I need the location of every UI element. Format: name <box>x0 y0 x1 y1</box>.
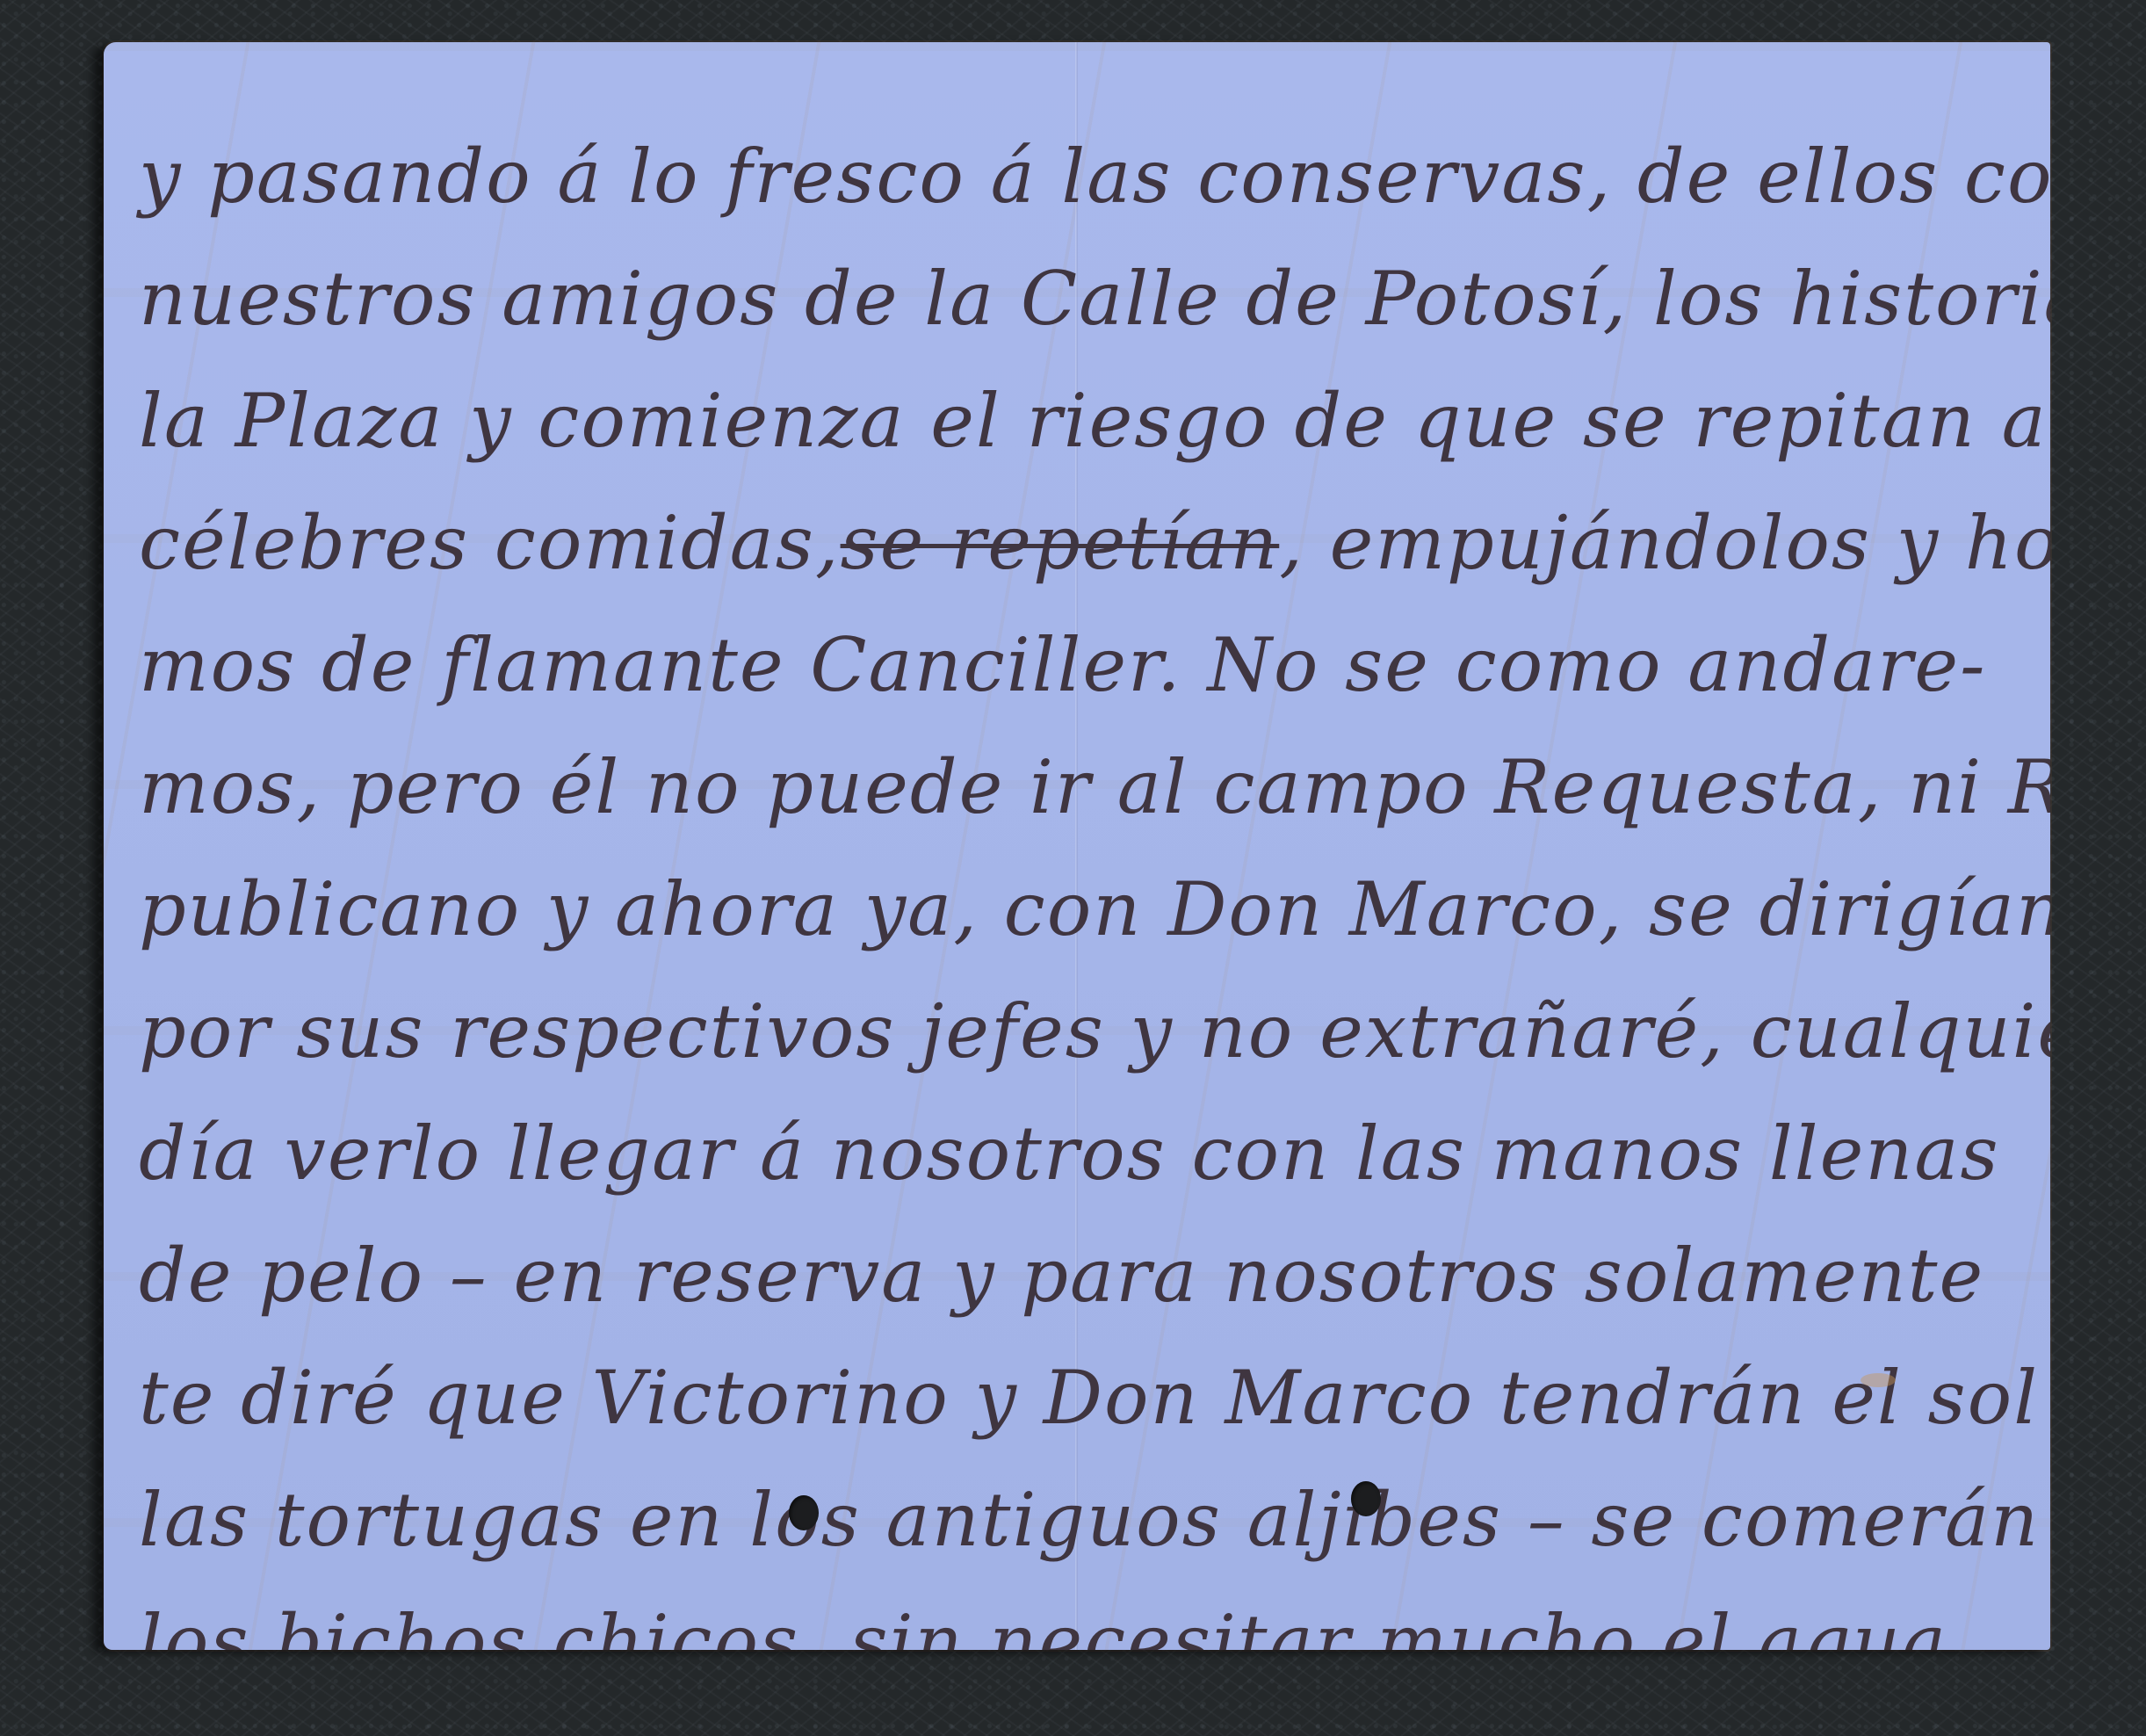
letter-page: y pasando á lo fresco á las conservas, d… <box>104 42 2050 1650</box>
text-line-1: y pasando á lo fresco á las conservas, d… <box>139 104 2015 226</box>
text-line-12: las tortugas en los antiguos aljibes – s… <box>139 1447 2015 1569</box>
text-line-10: de pelo – en reserva y para nosotros sol… <box>139 1203 2015 1325</box>
handwritten-text: y pasando á lo fresco á las conservas, d… <box>139 104 2015 1650</box>
punch-hole-left <box>789 1495 819 1530</box>
text-line-4: célebres comidas, se repetían , empujánd… <box>139 470 2015 592</box>
text-line-8: por sus respectivos jefes y no extrañaré… <box>139 958 2015 1081</box>
text-line-13: los bichos chicos, sin necesitar mucho e… <box>139 1569 2015 1650</box>
text-line-3: la Plaza y comienza el riesgo de que se … <box>139 348 2015 470</box>
struck-through-text: se repetían <box>841 506 1280 580</box>
text-line-5: mos de flamante Canciller. No se como an… <box>139 592 2015 714</box>
ink-stain <box>1861 1373 1896 1387</box>
text-line-9: día verlo llegar á nosotros con las mano… <box>139 1081 2015 1203</box>
text-line-7: publicano y ahora ya, con Don Marco, se … <box>139 836 2015 958</box>
text-line-2: nuestros amigos de la Calle de Potosí, l… <box>139 226 2015 348</box>
text-line-6: mos, pero él no puede ir al campo Reques… <box>139 714 2015 836</box>
text-line-11: te diré que Victorino y Don Marco tendrá… <box>139 1325 2015 1447</box>
punch-hole-right <box>1351 1481 1381 1516</box>
